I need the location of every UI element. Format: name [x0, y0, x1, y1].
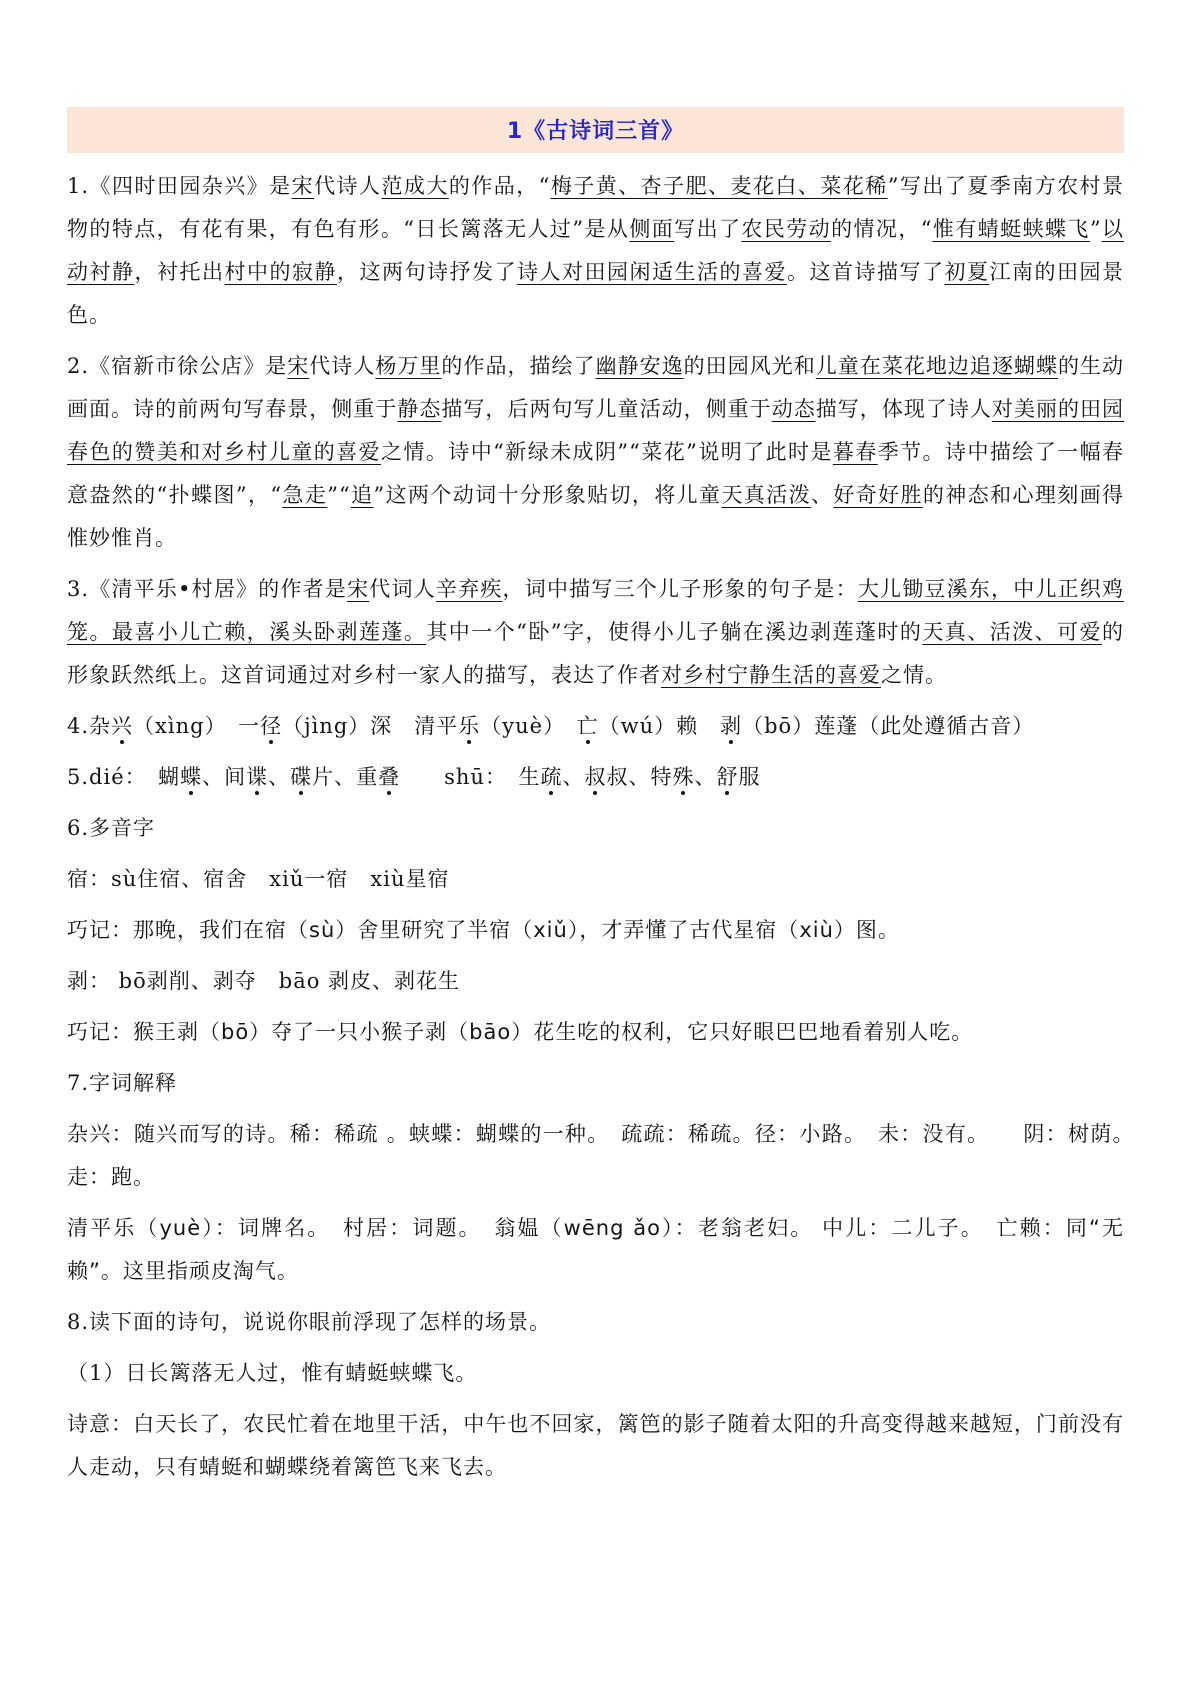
underlined-text: 初夏	[945, 260, 990, 284]
emphasis-dot-char: 殊	[672, 765, 694, 789]
text-segment: 、	[811, 483, 833, 507]
underlined-text: 杨万里	[375, 354, 441, 378]
underlined-text: 宋	[347, 577, 369, 601]
underlined-text: 梅子黄、杏子肥、麦花白、菜花稀	[550, 174, 887, 198]
underlined-text: 动态	[772, 397, 816, 421]
text-segment: 2.《宿新市徐公店》是	[67, 354, 287, 378]
text-segment: （xìng） 一	[133, 714, 260, 738]
text-segment: 4.杂	[67, 714, 111, 738]
text-segment: 的作品，描绘了	[441, 354, 595, 378]
text-segment: ”这两个动词十分形象贴切，将儿童	[374, 483, 722, 507]
emphasis-dot-char: 兴	[111, 714, 133, 738]
emphasis-dot-char: 叠	[378, 765, 400, 789]
paragraph-poem3-summary: 3.《清平乐•村居》的作者是宋代词人辛弃疾，词中描写三个儿子形象的句子是：大儿锄…	[67, 568, 1124, 697]
heading-section-6-polyphones: 6.多音字	[67, 807, 1124, 850]
text-segment: 1.《四时田园杂兴》是	[67, 174, 292, 198]
text-segment: 。这首诗描写了	[787, 260, 945, 284]
text-segment: 、间	[202, 765, 246, 789]
text-segment: 写出了	[674, 217, 741, 241]
text-segment: （jìng）深 清平	[282, 714, 458, 738]
heading-section-7-definitions: 7.字词解释	[67, 1062, 1124, 1105]
text-segment: 代诗人	[309, 354, 375, 378]
text-segment: （yuè）	[480, 714, 576, 738]
text-segment: 描写，后两句写儿童活动，侧重于	[441, 397, 771, 421]
text-segment: 代诗人	[314, 174, 381, 198]
document-body: 1.《四时田园杂兴》是宋代诗人范成大的作品，“梅子黄、杏子肥、麦花白、菜花稀”写…	[67, 165, 1124, 1489]
paragraph-verse-quote: （1）日长篱落无人过，惟有蜻蜓蛱蝶飞。	[67, 1352, 1124, 1395]
text-segment: 、	[694, 765, 716, 789]
underlined-text: 幽静安逸	[596, 354, 684, 378]
text-segment: 、	[268, 765, 290, 789]
underlined-text: 暮春	[833, 440, 878, 464]
emphasis-dot-char: 蝶	[180, 765, 202, 789]
emphasis-dot-char: 径	[260, 714, 282, 738]
paragraph-word-definitions-2: 清平乐（yuè）：词牌名。 村居：词题。 翁媪（wēng ǎo）：老翁老妇。 中…	[67, 1207, 1124, 1293]
text-segment: 的田园风光和	[684, 354, 816, 378]
emphasis-dot-char: 亡	[577, 714, 599, 738]
text-segment: 叔、特	[606, 765, 672, 789]
underlined-text: 辛弃疾	[436, 577, 503, 601]
text-segment: 之情。	[881, 663, 947, 687]
text-segment: 代词人	[369, 577, 436, 601]
text-segment: ”“	[327, 483, 350, 507]
emphasis-dot-char: 谍	[246, 765, 268, 789]
paragraph-polyphone-su: 宿：sù住宿、宿舍 xiǔ一宿 xiù星宿	[67, 858, 1124, 901]
heading-section-8-imagery: 8.读下面的诗句，说说你眼前浮现了怎样的场景。	[67, 1301, 1124, 1344]
underlined-text: 农民劳动	[741, 217, 831, 241]
emphasis-dot-char: 舒	[716, 765, 738, 789]
text-segment: 之情。诗中“新绿未成阴”“菜花”说明了此时是	[381, 440, 833, 464]
underlined-text: 对乡村宁静生活的喜爱	[661, 663, 881, 687]
emphasis-dot-char: 碟	[290, 765, 312, 789]
text-segment: ”	[1090, 217, 1102, 241]
underlined-text: 天真活泼	[721, 483, 811, 507]
underlined-text: 好奇好胜	[833, 483, 923, 507]
paragraph-word-definitions-1: 杂兴：随兴而写的诗。稀：稀疏 。蛱蝶：蝴蝶的一种。 疏疏：稀疏。径：小路。 未：…	[67, 1113, 1124, 1199]
paragraph-poem1-summary: 1.《四时田园杂兴》是宋代诗人范成大的作品，“梅子黄、杏子肥、麦花白、菜花稀”写…	[67, 165, 1124, 337]
emphasis-dot-char: 叔	[584, 765, 606, 789]
underlined-text: 追	[351, 483, 374, 507]
text-segment: 3.《清平乐•村居》的作者是	[67, 577, 347, 601]
text-segment: 的作品，“	[449, 174, 551, 198]
paragraph-homophone-notes: 5.dié： 蝴蝶、间谍、碟片、重叠 shū： 生疏、叔叔、特殊、舒服	[67, 756, 1124, 799]
lesson-title: 1《古诗词三首》	[67, 114, 1124, 145]
text-segment: 片、重	[312, 765, 378, 789]
text-segment: 、	[562, 765, 584, 789]
underlined-text: 静态	[397, 397, 441, 421]
underlined-text: 惟有蜻蜓蛱蝶飞	[933, 217, 1090, 241]
text-segment: shū： 生	[400, 765, 540, 789]
text-segment: 服	[738, 765, 760, 789]
text-segment: 描写，体现了诗人	[816, 397, 992, 421]
document-page: 1《古诗词三首》 1.《四时田园杂兴》是宋代诗人范成大的作品，“梅子黄、杏子肥、…	[0, 0, 1191, 1684]
text-segment: 5.dié： 蝴	[67, 765, 180, 789]
emphasis-dot-char: 疏	[540, 765, 562, 789]
paragraph-poem2-summary: 2.《宿新市徐公店》是宋代诗人杨万里的作品，描绘了幽静安逸的田园风光和儿童在菜花…	[67, 345, 1124, 560]
text-segment: ，词中描写三个儿子形象的句子是：	[503, 577, 858, 601]
emphasis-dot-char: 剥	[720, 714, 742, 738]
underlined-text: 侧面	[629, 217, 674, 241]
emphasis-dot-char: 乐	[458, 714, 480, 738]
underlined-text: 宋	[287, 354, 309, 378]
paragraph-pinyin-notes: 4.杂兴（xìng） 一径（jìng）深 清平乐（yuè） 亡（wú）赖 剥（b…	[67, 705, 1124, 748]
text-segment: （wú）赖	[599, 714, 721, 738]
paragraph-mnemonic-bo: 巧记：猴王剥（bō）夺了一只小猴子剥（bāo）花生吃的权利，它只好眼巴巴地看着别…	[67, 1011, 1124, 1054]
text-segment: ，衬托出	[135, 260, 225, 284]
underlined-text: 范成大	[381, 174, 448, 198]
lesson-title-banner: 1《古诗词三首》	[67, 107, 1124, 153]
paragraph-verse-meaning: 诗意：白天长了，农民忙着在地里干活，中午也不回家，篱笆的影子随着太阳的升高变得越…	[67, 1403, 1124, 1489]
paragraph-polyphone-bo: 剥： bō剥削、剥夺 bāo 剥皮、剥花生	[67, 960, 1124, 1003]
underlined-text: 儿童在菜花地边追逐蝴蝶	[816, 354, 1058, 378]
text-segment: ，这两句诗抒发了	[337, 260, 517, 284]
underlined-text: 宋	[292, 174, 314, 198]
underlined-text: 村中的寂静	[225, 260, 338, 284]
underlined-text: 诗人对田园闲适生活的喜爱	[517, 260, 787, 284]
text-segment: 其中一个“卧”字，使得小儿子躺在溪边剥莲蓬时的	[426, 620, 922, 644]
underlined-text: 天真、活泼、可爱	[922, 620, 1102, 644]
text-segment: 的情况，“	[831, 217, 932, 241]
paragraph-mnemonic-su: 巧记：那晚，我们在宿（sù）舍里研究了半宿（xiǔ），才弄懂了古代星宿（xiù）…	[67, 909, 1124, 952]
text-segment: （bō）莲蓬（此处遵循古音）	[742, 714, 1034, 738]
underlined-text: 急走	[282, 483, 327, 507]
